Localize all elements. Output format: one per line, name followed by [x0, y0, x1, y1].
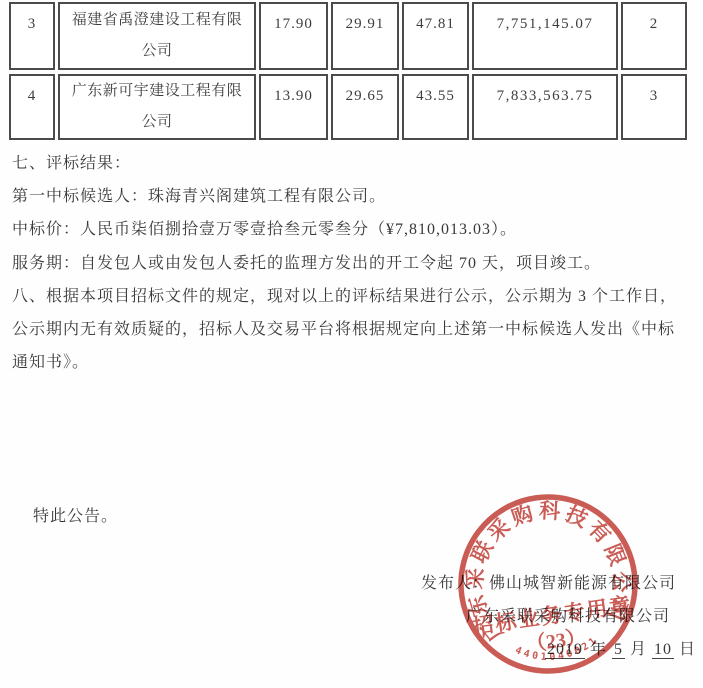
- date-month: 5: [612, 641, 625, 659]
- section8-line1: 八、根据本项目招标文件的规定，现对以上的评标结果进行公示，公示期为 3 个工作日…: [12, 283, 677, 306]
- service-line: 服务期：自发包人或由发包人委托的监理方发出的开工令起 70 天，项目竣工。: [12, 250, 601, 273]
- section7-heading: 七、评标结果：: [12, 150, 131, 173]
- section8-line3: 通知书》。: [12, 349, 89, 372]
- table-cell-score1: 17.90: [259, 2, 328, 70]
- publisher-label: 发布人：: [421, 575, 489, 592]
- bid-evaluation-table: 3 福建省禹澄建设工程有限 公司 17.90 29.91 47.81 7,751…: [9, 2, 687, 140]
- publisher-line2: 广东采联采购科技有限公司: [466, 603, 670, 626]
- company-name-line1: 广东新可宇建设工程有限: [72, 76, 243, 107]
- announcement-document: 3 福建省禹澄建设工程有限 公司 17.90 29.91 47.81 7,751…: [0, 0, 703, 688]
- table-cell-score2: 29.65: [331, 74, 399, 140]
- date-year-unit: 年: [585, 641, 612, 658]
- table-cell-index: 3: [9, 2, 55, 70]
- date-year: 2019: [545, 641, 585, 659]
- table-cell-score3: 47.81: [402, 2, 469, 70]
- date-day: 10: [652, 641, 674, 659]
- publisher-line1: 发布人：佛山城智新能源有限公司: [421, 570, 676, 593]
- company-name-line1: 福建省禹澄建设工程有限: [72, 5, 243, 36]
- publisher1-name: 佛山城智新能源有限公司: [489, 575, 676, 592]
- table-cell-score3: 43.55: [402, 74, 469, 140]
- table-cell-score2: 29.91: [331, 2, 399, 70]
- date-line: 2019 年 5 月 10 日: [545, 636, 696, 659]
- table-cell-company: 广东新可宇建设工程有限 公司: [58, 74, 256, 140]
- closing-line: 特此公告。: [33, 503, 118, 526]
- price-line: 中标价：人民币柒佰捌拾壹万零壹拾叁元零叁分（¥7,810,013.03）。: [12, 216, 517, 239]
- table-cell-score1: 13.90: [259, 74, 328, 140]
- company-name-line2: 公司: [141, 36, 172, 67]
- date-day-unit: 日: [674, 641, 696, 658]
- table-cell-price: 7,833,563.75: [472, 74, 618, 140]
- date-month-unit: 月: [625, 641, 652, 658]
- table-cell-index: 4: [9, 74, 55, 140]
- table-cell-rank: 2: [621, 2, 687, 70]
- company-name-line2: 公司: [141, 107, 172, 138]
- table-cell-company: 福建省禹澄建设工程有限 公司: [58, 2, 256, 70]
- section8-line2: 公示期内无有效质疑的，招标人及交易平台将根据规定向上述第一中标候选人发出《中标: [12, 316, 675, 339]
- table-cell-price: 7,751,145.07: [472, 2, 618, 70]
- winner-line: 第一中标候选人：珠海青兴阁建筑工程有限公司。: [12, 183, 386, 206]
- table-cell-rank: 3: [621, 74, 687, 140]
